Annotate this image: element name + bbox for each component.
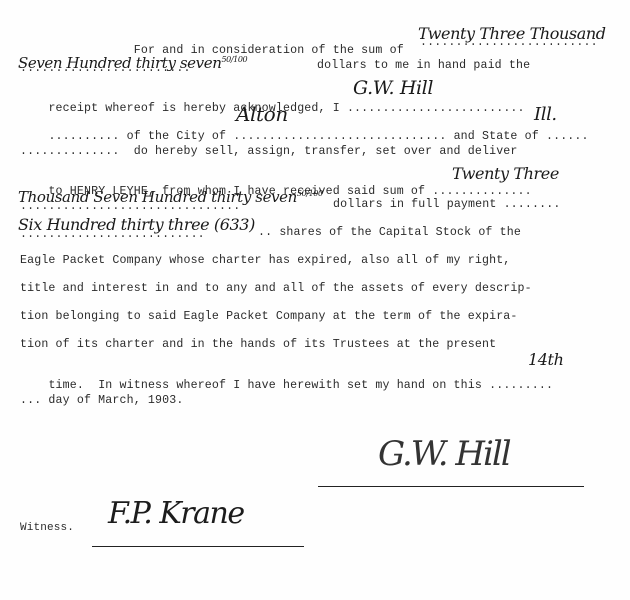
handwritten-seller-name: G.W. Hill [353,77,433,99]
witness-signature: F.P. Krane [108,496,244,531]
handwritten-state: Ill. [534,104,557,125]
handwritten-amount-part3: Twenty Three [452,164,559,183]
signature-line [318,486,584,487]
witness-line [92,546,304,547]
dotted-fill: ............................... [20,200,240,213]
witness-label: Witness. [20,522,74,534]
dotted-fill: ........................ [20,62,191,75]
handwritten-day: 14th [528,350,564,369]
text-line-11: tion belonging to said Eagle Packet Comp… [20,310,518,323]
text-line-7: dollars in full payment ........ [333,198,560,211]
text-line-14: ... day of March, 1903. [20,394,183,407]
dotted-fill: ......................... [420,36,598,49]
text-line-8: .. shares of the Capital Stock of the [258,226,521,239]
text-line-12: tion of its charter and in the hands of … [20,338,496,351]
cents-fraction: 50/100 [221,55,247,64]
handwritten-city: Alton [236,102,288,126]
document-page: For and in consideration of the sum of T… [0,0,630,600]
seller-signature: G.W. Hill [378,434,510,474]
dotted-fill: .......................... [20,228,205,241]
text-line-5: .............. do hereby sell, assign, t… [20,145,518,158]
cents-fraction: 50/100 [297,189,323,198]
text-line-9: Eagle Packet Company whose charter has e… [20,254,510,267]
text-line-2: dollars to me in hand paid the [317,59,530,72]
text-line-10: title and interest in and to any and all… [20,282,532,295]
